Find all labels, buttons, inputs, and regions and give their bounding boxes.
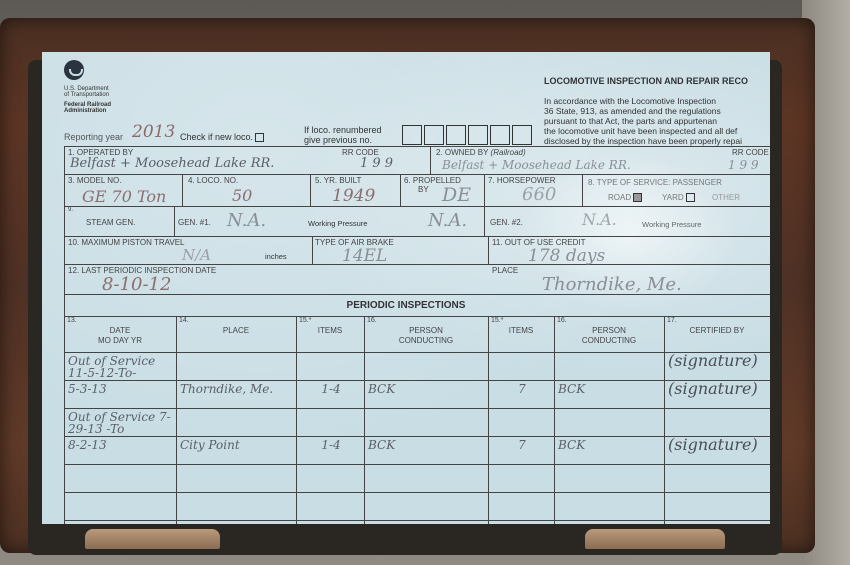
service-text: 8. TYPE OF SERVICE: (588, 178, 670, 187)
column-header: DATE MO DAY YR (64, 326, 176, 346)
yard-checkbox[interactable] (686, 193, 695, 202)
rule (174, 206, 175, 236)
cell-person1: BCK (368, 439, 486, 451)
intro-line-3: pursuant to that Act, the parts and appu… (544, 116, 717, 126)
owned-by-text: 2. OWNED BY (436, 148, 488, 157)
yr-built-label: 5. YR. BUILT (315, 176, 361, 185)
loco-no-value: 50 (232, 186, 252, 205)
propelled-label-2: BY (418, 185, 429, 194)
column-number: 14. (179, 317, 189, 324)
rule (484, 174, 485, 206)
column-number: 15.* (491, 317, 503, 324)
service-other: OTHER (712, 193, 740, 202)
cell-certified: (signature) (668, 383, 768, 395)
column-header: CERTIFIED BY (664, 326, 770, 336)
last-inspection-value: 8-10-12 (102, 274, 171, 295)
prev-no-box-5[interactable] (490, 125, 510, 145)
cell-place: Thorndike, Me. (180, 383, 294, 395)
intro-line-5: disclosed by the inspection have been pr… (544, 136, 742, 146)
cell-place: City Point (180, 439, 294, 451)
rule (182, 174, 183, 206)
model-no-label: 3. MODEL NO. (68, 176, 122, 185)
item-9-label: 9. (68, 207, 73, 213)
owned-by-sub: (Railroad) (491, 148, 526, 157)
column-header: ITEMS (488, 326, 554, 336)
intro-line-4: the locomotive unit have been inspected … (544, 126, 737, 136)
gen2-value: N.A. (582, 210, 617, 229)
rule (64, 206, 770, 207)
cell-person2: BCK (558, 383, 662, 395)
rule (488, 316, 489, 524)
prev-no-box-3[interactable] (446, 125, 466, 145)
frame-tab-right (585, 529, 725, 549)
cell-date: Out of Service 11-5-12-To- (68, 355, 174, 379)
cell-items2: 7 (492, 439, 552, 451)
piston-travel-value: N/A (182, 246, 211, 264)
service-passenger: PASSENGER (673, 178, 722, 187)
road-text: ROAD (608, 193, 631, 202)
new-loco-checkbox[interactable] (255, 133, 264, 142)
frame-tab-left (85, 529, 220, 549)
rule (310, 174, 311, 206)
new-loco-label: Check if new loco. (180, 132, 264, 142)
intro-line-1: In accordance with the Locomotive Inspec… (544, 96, 716, 106)
cell-date: 5-3-13 (68, 383, 174, 395)
rule (664, 316, 665, 524)
intro-line-2: 36 State, 913, as amended and the regula… (544, 106, 721, 116)
rule (64, 264, 770, 265)
piston-travel-label: 10. MAXIMUM PISTON TRAVEL (68, 238, 184, 247)
cell-person1: BCK (368, 383, 486, 395)
rule (364, 316, 365, 524)
cell-person2: BCK (558, 439, 662, 451)
rr-code-label-2: RR CODE (732, 148, 769, 157)
rule (430, 146, 431, 174)
form-title: LOCOMOTIVE INSPECTION AND REPAIR RECO (544, 76, 748, 86)
rule (64, 174, 770, 175)
road-checkbox[interactable] (633, 193, 642, 202)
rr-code-value-2: 1 9 9 (728, 158, 759, 172)
horsepower-value: 660 (522, 184, 556, 205)
owned-by-value: Belfast + Moosehead Lake RR. (442, 158, 631, 172)
rule (296, 316, 297, 524)
rule (582, 174, 583, 206)
rule (400, 174, 401, 206)
column-header: ITEMS (296, 326, 364, 336)
prev-no-box-6[interactable] (512, 125, 532, 145)
column-number: 13. (67, 317, 77, 324)
cell-items2: 7 (492, 383, 552, 395)
working-pressure-label-1: Working Pressure (308, 219, 367, 228)
cell-items1: 1-4 (300, 383, 362, 395)
inches-label: inches (265, 252, 287, 261)
cell-certified: (signature) (668, 355, 768, 367)
rule (484, 206, 485, 236)
rule (176, 316, 177, 524)
rule (488, 236, 489, 264)
operated-by-value: Belfast + Moosehead Lake RR. (70, 156, 274, 171)
periodic-inspections-title: PERIODIC INSPECTIONS (42, 300, 770, 311)
column-number: 15.* (299, 317, 311, 324)
column-header: PERSON CONDUCTING (554, 326, 664, 346)
column-number: 16. (557, 317, 567, 324)
gen2-label: GEN. #2. (490, 218, 523, 227)
agency-line-2: of Transportation (64, 92, 109, 99)
cell-certified: (signature) (668, 439, 768, 451)
prev-no-box-2[interactable] (424, 125, 444, 145)
place-label: PLACE (492, 266, 518, 275)
cell-items1: 1-4 (300, 439, 362, 451)
rule (64, 146, 770, 147)
gen1-label: GEN. #1. (178, 218, 211, 227)
column-header: PERSON CONDUCTING (364, 326, 488, 346)
inspection-card: U.S. Department of Transportation Federa… (42, 52, 770, 524)
owned-by-label: 2. OWNED BY (Railroad) (436, 148, 526, 157)
wp1-value: N.A. (428, 210, 467, 231)
rr-code-value-1: 1 9 9 (360, 156, 393, 171)
column-header: PLACE (176, 326, 296, 336)
cell-date: Out of Service 7-29-13 -To (68, 411, 174, 435)
rule (312, 236, 313, 264)
out-of-use-value: 178 days (528, 246, 605, 266)
air-brake-value: 14EL (342, 246, 387, 266)
prev-no-box-4[interactable] (468, 125, 488, 145)
reporting-year-value: 2013 (132, 122, 175, 142)
service-yard: YARD (662, 193, 695, 202)
new-loco-text: Check if new loco. (180, 132, 253, 142)
cell-date: 8-2-13 (68, 439, 174, 451)
reporting-year-label: Reporting year (64, 132, 123, 142)
renumbered-label-1: If loco. renumbered (304, 125, 382, 135)
rule (554, 316, 555, 524)
rule (64, 236, 770, 237)
agency-line-4: Administration (64, 108, 106, 115)
renumbered-label-2: give previous no. (304, 135, 372, 145)
service-label: 8. TYPE OF SERVICE: PASSENGER (588, 178, 722, 187)
yard-text: YARD (662, 193, 684, 202)
yr-built-value: 1949 (332, 186, 375, 206)
working-pressure-label-2: Working Pressure (642, 220, 701, 229)
column-number: 16. (367, 317, 377, 324)
gen1-value: N.A. (227, 210, 266, 231)
model-no-value: GE 70 Ton (82, 187, 166, 206)
propelled-value: DE (442, 184, 471, 206)
service-road: ROAD (608, 193, 642, 202)
steam-gen-label: STEAM GEN. (86, 218, 135, 227)
prev-no-box-1[interactable] (402, 125, 422, 145)
dot-logo-icon (64, 60, 84, 80)
loco-no-label: 4. LOCO. NO. (188, 176, 238, 185)
column-number: 17. (667, 317, 677, 324)
place-value: Thorndike, Me. (542, 274, 682, 295)
